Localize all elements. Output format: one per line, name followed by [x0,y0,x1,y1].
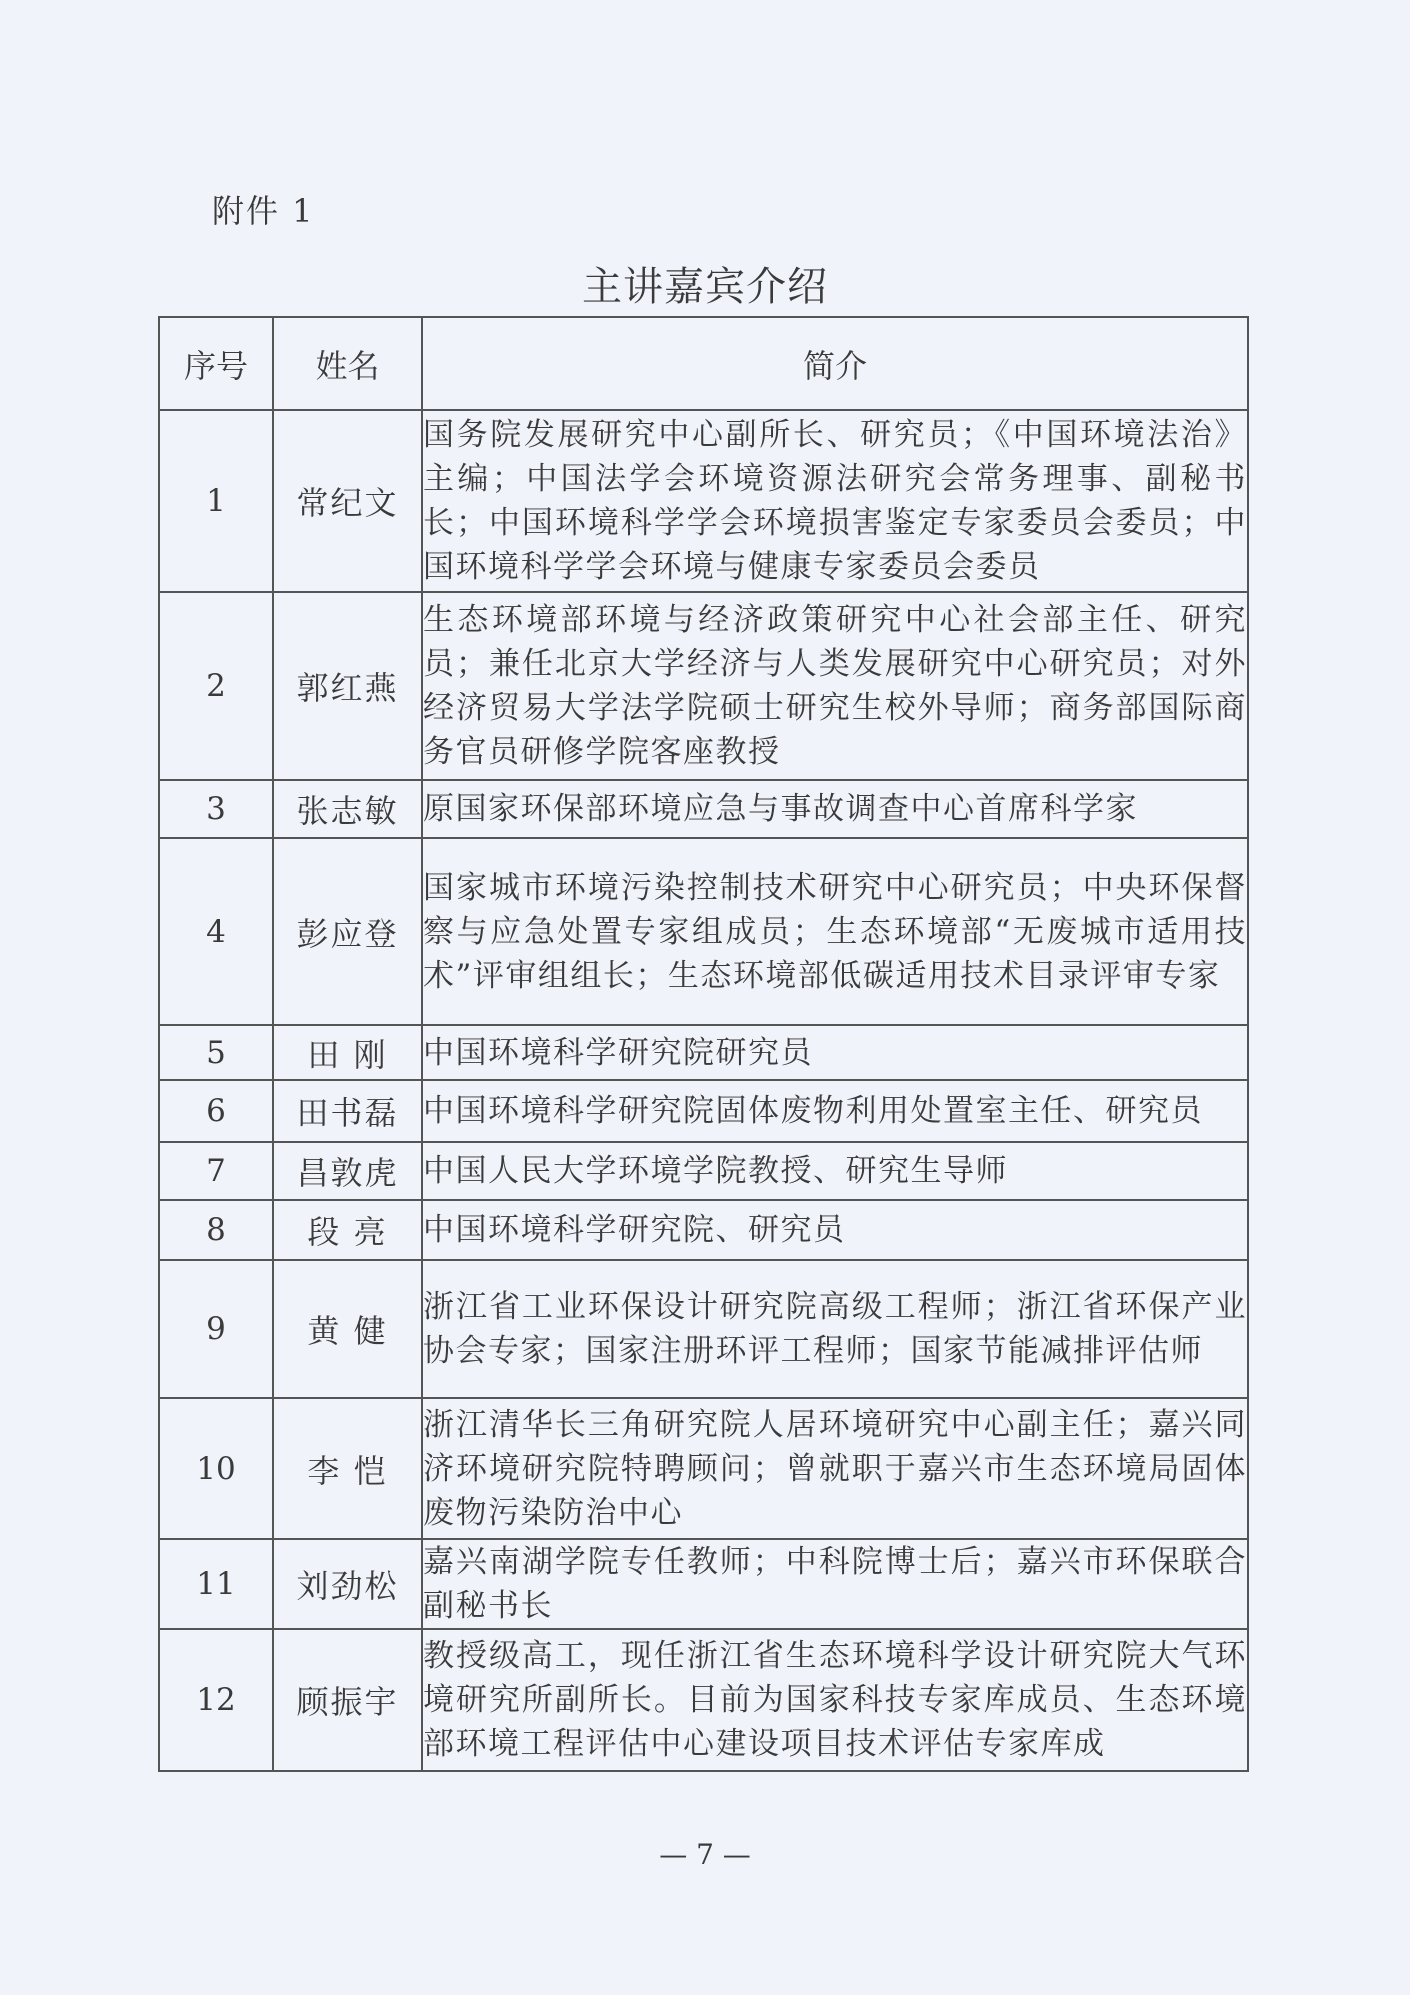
guest-name: 常纪文 [273,410,422,592]
document-title: 主讲嘉宾介绍 [0,255,1410,312]
row-number: 10 [159,1398,273,1539]
row-number: 12 [159,1629,273,1771]
guest-name: 彭应登 [273,838,422,1025]
guest-bio: 教授级高工，现任浙江省生态环境科学设计研究院大气环境研究所副所长。目前为国家科技… [422,1629,1248,1771]
table-row: 5田 刚中国环境科学研究院研究员 [159,1025,1248,1080]
guest-bio: 中国环境科学研究院、研究员 [422,1200,1248,1260]
guest-name: 段 亮 [273,1200,422,1260]
guest-bio: 国家城市环境污染控制技术研究中心研究员；中央环保督察与应急处置专家组成员；生态环… [422,838,1248,1025]
row-number: 7 [159,1142,273,1200]
table-row: 6田书磊中国环境科学研究院固体废物利用处置室主任、研究员 [159,1080,1248,1142]
row-number: 1 [159,410,273,592]
row-number: 5 [159,1025,273,1080]
guest-bio: 中国环境科学研究院研究员 [422,1025,1248,1080]
guest-name: 郭红燕 [273,592,422,780]
table-row: 2郭红燕生态环境部环境与经济政策研究中心社会部主任、研究员；兼任北京大学经济与人… [159,592,1248,780]
guest-bio: 中国环境科学研究院固体废物利用处置室主任、研究员 [422,1080,1248,1142]
column-header-bio: 简介 [422,317,1248,410]
row-number: 8 [159,1200,273,1260]
column-header-name: 姓名 [273,317,422,410]
table-row: 8段 亮中国环境科学研究院、研究员 [159,1200,1248,1260]
table-row: 7昌敦虎中国人民大学环境学院教授、研究生导师 [159,1142,1248,1200]
guest-bio: 生态环境部环境与经济政策研究中心社会部主任、研究员；兼任北京大学经济与人类发展研… [422,592,1248,780]
guest-name: 顾振宇 [273,1629,422,1771]
attachment-label: 附件 1 [212,186,315,232]
row-number: 3 [159,780,273,838]
guest-bio: 中国人民大学环境学院教授、研究生导师 [422,1142,1248,1200]
table-header-row: 序号 姓名 简介 [159,317,1248,410]
guest-name: 田 刚 [273,1025,422,1080]
guest-bio: 浙江清华长三角研究院人居环境研究中心副主任；嘉兴同济环境研究院特聘顾问；曾就职于… [422,1398,1248,1539]
guest-name: 刘劲松 [273,1539,422,1629]
column-header-number: 序号 [159,317,273,410]
row-number: 6 [159,1080,273,1142]
guest-bio: 原国家环保部环境应急与事故调查中心首席科学家 [422,780,1248,838]
guest-bio: 嘉兴南湖学院专任教师；中科院博士后；嘉兴市环保联合副秘书长 [422,1539,1248,1629]
row-number: 2 [159,592,273,780]
guest-name: 李 恺 [273,1398,422,1539]
table-row: 11刘劲松嘉兴南湖学院专任教师；中科院博士后；嘉兴市环保联合副秘书长 [159,1539,1248,1629]
table-row: 4彭应登国家城市环境污染控制技术研究中心研究员；中央环保督察与应急处置专家组成员… [159,838,1248,1025]
guest-name: 昌敦虎 [273,1142,422,1200]
table-row: 12顾振宇教授级高工，现任浙江省生态环境科学设计研究院大气环境研究所副所长。目前… [159,1629,1248,1771]
table-row: 9黄 健浙江省工业环保设计研究院高级工程师；浙江省环保产业协会专家；国家注册环评… [159,1260,1248,1398]
table-row: 1常纪文国务院发展研究中心副所长、研究员；《中国环境法治》主编；中国法学会环境资… [159,410,1248,592]
guest-bio: 国务院发展研究中心副所长、研究员；《中国环境法治》主编；中国法学会环境资源法研究… [422,410,1248,592]
guest-bio: 浙江省工业环保设计研究院高级工程师；浙江省环保产业协会专家；国家注册环评工程师；… [422,1260,1248,1398]
guest-table: 序号 姓名 简介 1常纪文国务院发展研究中心副所长、研究员；《中国环境法治》主编… [158,316,1249,1772]
guest-name: 田书磊 [273,1080,422,1142]
table-row: 10李 恺浙江清华长三角研究院人居环境研究中心副主任；嘉兴同济环境研究院特聘顾问… [159,1398,1248,1539]
guest-name: 黄 健 [273,1260,422,1398]
row-number: 11 [159,1539,273,1629]
guest-name: 张志敏 [273,780,422,838]
row-number: 9 [159,1260,273,1398]
row-number: 4 [159,838,273,1025]
page-number: — 7 — [0,1838,1410,1871]
table-row: 3张志敏原国家环保部环境应急与事故调查中心首席科学家 [159,780,1248,838]
